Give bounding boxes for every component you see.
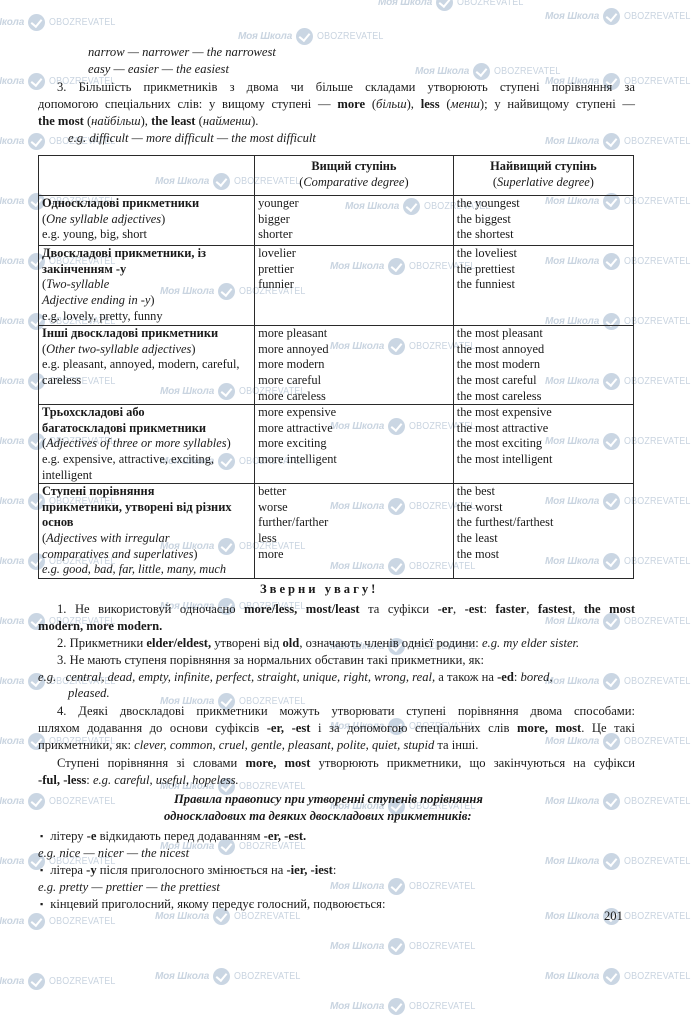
watermark: Моя ШколаOBOZREVATEL	[0, 973, 127, 990]
check-circle-icon	[213, 968, 230, 985]
check-circle-icon	[28, 73, 45, 90]
comparative-form: younger	[258, 196, 450, 212]
comparative-form: more exciting	[258, 436, 450, 452]
superlative-form: the most careful	[457, 373, 630, 389]
category-title: Інші двоскладові прикметники	[42, 326, 251, 342]
superlative-form: the most intelligent	[457, 452, 630, 468]
watermark: Моя ШколаOBOZREVATEL	[330, 938, 487, 955]
check-circle-icon	[603, 968, 620, 985]
superlative-form: the most modern	[457, 357, 630, 373]
category-cell: Трьохскладові абобагатоскладові прикметн…	[39, 405, 255, 484]
superlative-form: the biggest	[457, 212, 630, 228]
note-5-line1: Ступені порівняння зі словами more, most…	[57, 756, 635, 772]
note-1-line1: 1. Не використовуй одночасно more/less, …	[57, 602, 635, 618]
comparative-form: more pleasant	[258, 326, 450, 342]
header-cell-superlative: Найвищий ступінь (Superlative degree)	[453, 156, 633, 196]
table-row: Двоскладові прикметники, іззакінченням -…	[39, 246, 634, 326]
comparative-cell: more pleasantmore annoyedmore modernmore…	[255, 326, 454, 405]
example-line: narrow — narrower — the narrowest	[88, 45, 276, 61]
category-english: (Two-syllable	[42, 277, 251, 293]
comparative-form: more careful	[258, 373, 450, 389]
watermark: Моя ШколаOBOZREVATEL	[545, 793, 693, 810]
category-example: e.g. lovely, pretty, funny	[42, 309, 251, 325]
watermark: Моя ШколаOBOZREVATEL	[0, 913, 127, 930]
category-english: (Adjectives of three or more syllables)	[42, 436, 251, 452]
superlative-form: the furthest/farthest	[457, 515, 630, 531]
superlative-form: the loveliest	[457, 246, 630, 262]
comparative-form: more careless	[258, 389, 450, 405]
page-number: 201	[604, 909, 623, 925]
table-header-row: Вищий ступінь (Comparative degree) Найви…	[39, 156, 634, 196]
superlative-cell: the bestthe worstthe furthest/farthestth…	[453, 484, 633, 579]
category-english: comparatives and superlatives)	[42, 547, 251, 563]
comparison-table: Вищий ступінь (Comparative degree) Найви…	[38, 155, 634, 579]
category-english: (Other two-syllable adjectives)	[42, 342, 251, 358]
superlative-form: the most attractive	[457, 421, 630, 437]
superlative-form: the most	[457, 547, 630, 563]
comparative-form: more modern	[258, 357, 450, 373]
watermark: Моя ШколаOBOZREVATEL	[545, 133, 693, 150]
note-3-line3: pleased.	[68, 686, 110, 702]
category-title: Двоскладові прикметники, із	[42, 246, 251, 262]
superlative-cell: the most expensivethe most attractivethe…	[453, 405, 633, 484]
comparative-cell: betterworsefurther/fartherlessmore	[255, 484, 454, 579]
category-title: багатоскладові прикметники	[42, 421, 251, 437]
comparative-form: more	[258, 547, 450, 563]
comparative-form: more expensive	[258, 405, 450, 421]
superlative-form: the funniest	[457, 277, 630, 293]
superlative-form: the worst	[457, 500, 630, 516]
check-circle-icon	[388, 938, 405, 955]
comparative-form: further/farther	[258, 515, 450, 531]
superlative-form: the least	[457, 531, 630, 547]
check-circle-icon	[28, 14, 45, 31]
spelling-rule-2-example: e.g. pretty — prettier — the prettiest	[38, 880, 220, 896]
watermark: Моя ШколаOBOZREVATEL	[545, 853, 693, 870]
watermark: Моя ШколаOBOZREVATEL	[330, 998, 487, 1015]
comparative-form: funnier	[258, 277, 450, 293]
rule3-line3: the most (найбільш), the least (найменш)…	[38, 114, 258, 130]
superlative-form: the most careless	[457, 389, 630, 405]
category-example: e.g. young, big, short	[42, 227, 251, 243]
table-row: Інші двоскладові прикметники(Other two-s…	[39, 326, 634, 405]
spelling-title-line2: односкладових та деяких двоскладових при…	[164, 809, 472, 825]
category-title: прикметники, утворені від різних	[42, 500, 251, 516]
superlative-form: the most pleasant	[457, 326, 630, 342]
superlative-cell: the youngestthe biggestthe shortest	[453, 196, 633, 246]
category-title: Ступені порівняння	[42, 484, 251, 500]
check-circle-icon	[473, 63, 490, 80]
spelling-rule-1: літеру -e відкидають перед додаванням -e…	[40, 829, 306, 846]
watermark: Моя ШколаOBOZREVATEL	[545, 8, 693, 25]
category-title: Односкладові прикметники	[42, 196, 251, 212]
comparative-form: less	[258, 531, 450, 547]
category-english: (Adjectives with irregular	[42, 531, 251, 547]
category-cell: Односкладові прикметники(One syllable ad…	[39, 196, 255, 246]
check-circle-icon	[296, 28, 313, 45]
note-4-line3: прикметники, як: clever, common, cruel, …	[38, 738, 478, 754]
superlative-cell: the loveliestthe prettiestthe funniest	[453, 246, 633, 326]
category-english: (One syllable adjectives)	[42, 212, 251, 228]
comparative-form: shorter	[258, 227, 450, 243]
category-cell: Двоскладові прикметники, іззакінченням -…	[39, 246, 255, 326]
header-cell-category	[39, 156, 255, 196]
note-3-line1: 3. Не мають ступеня порівняння за нормал…	[57, 653, 484, 669]
category-title: закінченням -у	[42, 262, 251, 278]
check-circle-icon	[436, 0, 453, 11]
table-row: Односкладові прикметники(One syllable ad…	[39, 196, 634, 246]
superlative-form: the shortest	[457, 227, 630, 243]
watermark: Моя ШколаOBOZREVATEL	[238, 28, 395, 45]
superlative-form: the most expensive	[457, 405, 630, 421]
category-english: Adjective ending in -y)	[42, 293, 251, 309]
watermark: Моя ШколаOBOZREVATEL	[415, 63, 572, 80]
superlative-form: the most exciting	[457, 436, 630, 452]
watermark: Моя ШколаOBOZREVATEL	[330, 878, 487, 895]
category-cell: Інші двоскладові прикметники(Other two-s…	[39, 326, 255, 405]
check-circle-icon	[388, 878, 405, 895]
note-4-line1: 4. Деякі двоскладові прикметники можуть …	[57, 704, 635, 720]
comparative-cell: youngerbiggershorter	[255, 196, 454, 246]
check-circle-icon	[28, 913, 45, 930]
check-circle-icon	[28, 133, 45, 150]
comparative-form: lovelier	[258, 246, 450, 262]
watermark: Моя ШколаOBOZREVATEL	[545, 968, 693, 985]
rule3-example: e.g. difficult — more difficult — the mo…	[68, 131, 316, 147]
superlative-form: the best	[457, 484, 630, 500]
watermark: Моя ШколаOBOZREVATEL	[378, 0, 535, 11]
table-row: Ступені порівнянняприкметники, утворені …	[39, 484, 634, 579]
note-3-line2: e.g. central, dead, empty, infinite, per…	[38, 670, 635, 686]
category-example: e.g. pleasant, annoyed, modern, careful,…	[42, 357, 251, 388]
comparative-cell: lovelierprettierfunnier	[255, 246, 454, 326]
category-title: основ	[42, 515, 251, 531]
header-cell-comparative: Вищий ступінь (Comparative degree)	[255, 156, 454, 196]
example-line: easy — easier — the easiest	[88, 62, 229, 78]
spelling-rule-1-example: e.g. nice — nicer — the nicest	[38, 846, 189, 862]
note-1-line2: modern, more modern.	[38, 619, 162, 635]
watermark: Моя ШколаOBOZREVATEL	[0, 14, 127, 31]
category-title: Трьохскладові або	[42, 405, 251, 421]
comparative-form: bigger	[258, 212, 450, 228]
note-4-line2: шляхом додавання до основи суфіксів -er,…	[38, 721, 635, 737]
spelling-rule-3: кінцевий приголосний, якому передує голо…	[40, 897, 385, 914]
check-circle-icon	[388, 998, 405, 1015]
comparative-form: worse	[258, 500, 450, 516]
superlative-form: the most annoyed	[457, 342, 630, 358]
check-circle-icon	[28, 793, 45, 810]
comparative-form: more attractive	[258, 421, 450, 437]
rule3-line2: допомогою спеціальних слів: у вищому сту…	[38, 97, 635, 113]
note-5-line2: -ful, -less: e.g. careful, useful, hopel…	[38, 773, 239, 789]
superlative-cell: the most pleasantthe most annoyedthe mos…	[453, 326, 633, 405]
spelling-title-line1: Правила правопису при утворенні ступенів…	[174, 792, 483, 808]
check-circle-icon	[28, 973, 45, 990]
superlative-form: the youngest	[457, 196, 630, 212]
rule3-line1: 3. Більшість прикметників з двома чи біл…	[57, 80, 635, 96]
table-row: Трьохскладові абобагатоскладові прикметн…	[39, 405, 634, 484]
superlative-form: the prettiest	[457, 262, 630, 278]
check-circle-icon	[603, 793, 620, 810]
comparative-form: more intelligent	[258, 452, 450, 468]
comparative-form: more annoyed	[258, 342, 450, 358]
category-example: e.g. good, bad, far, little, many, much	[42, 562, 251, 578]
check-circle-icon	[603, 8, 620, 25]
attention-heading: Зверни увагу!	[260, 582, 378, 598]
category-example: e.g. expensive, attractive, exciting, in…	[42, 452, 251, 483]
comparative-cell: more expensivemore attractivemore exciti…	[255, 405, 454, 484]
watermark: Моя ШколаOBOZREVATEL	[0, 793, 127, 810]
comparative-form: better	[258, 484, 450, 500]
category-cell: Ступені порівнянняприкметники, утворені …	[39, 484, 255, 579]
spelling-rule-2: літера -y після приголосного змінюється …	[40, 863, 336, 880]
check-circle-icon	[603, 853, 620, 870]
check-circle-icon	[603, 133, 620, 150]
note-2: 2. Прикметники elder/eldest, утворені ві…	[57, 636, 579, 652]
comparative-form: prettier	[258, 262, 450, 278]
watermark: Моя ШколаOBOZREVATEL	[155, 968, 312, 985]
